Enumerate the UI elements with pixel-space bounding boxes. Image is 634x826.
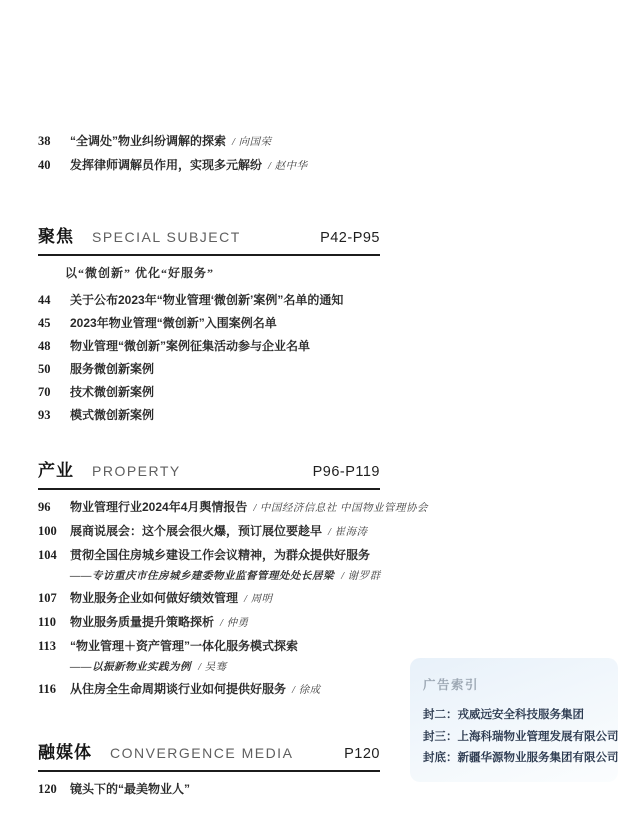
- entry-page-number: 48: [38, 335, 70, 358]
- entry-author: 周明: [244, 588, 273, 611]
- entry-title: 2023年物业管理“微创新”入围案例名单: [70, 312, 277, 335]
- entry-author: 吴骞: [198, 662, 227, 673]
- entry-page-number: 44: [38, 289, 70, 312]
- section-title-cn: 产业: [38, 456, 74, 481]
- entry-author: 仲勇: [220, 612, 249, 635]
- toc-entry: 96 物业管理行业2024年4月舆情报告 中国经济信息社 中国物业管理协会: [38, 496, 380, 520]
- entry-author: 赵中华: [268, 155, 308, 178]
- entry-subline-text: ——专访重庆市住房城乡建委物业监督管理处处长居梁: [70, 571, 334, 582]
- entry-page-number: 93: [38, 404, 70, 427]
- toc-entry: 100 展商说展会：这个展会很火爆，预订展位要趁早 崔海涛: [38, 520, 380, 544]
- ad-index-title: 广告索引: [423, 675, 606, 693]
- toc-entry: 44 关于公布2023年“物业管理‘微创新’案例”名单的通知: [38, 289, 380, 312]
- toc-page: 38 “全调处”物业纠纷调解的探索 向国荣 40 发挥律师调解员作用，实现多元解…: [0, 0, 634, 826]
- entry-subline: ——专访重庆市住房城乡建委物业监督管理处处长居梁 谢罗群: [38, 567, 380, 587]
- entry-author: 向国荣: [232, 131, 272, 154]
- entry-author: 徐成: [292, 679, 321, 702]
- entry-page-number: 45: [38, 312, 70, 335]
- section-header: 产业 PROPERTY P96-P119: [38, 456, 380, 481]
- section-special-subject: 聚焦 SPECIAL SUBJECT P42-P95 以“微创新” 优化“好服务…: [38, 222, 380, 427]
- section-property: 产业 PROPERTY P96-P119 96 物业管理行业2024年4月舆情报…: [38, 456, 380, 702]
- entry-page-number: 116: [38, 678, 70, 701]
- entry-title: “物业管理＋资产管理”一体化服务模式探索: [70, 635, 298, 658]
- toc-entry: 120 镜头下的“最美物业人”: [38, 778, 380, 801]
- section-page-range: P96-P119: [313, 464, 380, 480]
- section-rule: [38, 488, 380, 490]
- section-header: 融媒体 CONVERGENCE MEDIA P120: [38, 738, 380, 763]
- entry-title: 模式微创新案例: [70, 404, 154, 427]
- section-title-en: CONVERGENCE MEDIA: [110, 745, 293, 761]
- toc-entry: 45 2023年物业管理“微创新”入围案例名单: [38, 312, 380, 335]
- section-title-cn: 聚焦: [38, 222, 74, 247]
- entry-title: 物业服务质量提升策略探析: [70, 611, 214, 634]
- section-entries: 120 镜头下的“最美物业人”: [38, 778, 380, 801]
- entry-title: “全调处”物业纠纷调解的探索: [70, 130, 226, 153]
- ad-index-panel: 广告索引 封二：戎威远安全科技服务集团 封三：上海科瑞物业管理发展有限公司 封底…: [410, 658, 618, 782]
- entry-title: 技术微创新案例: [70, 381, 154, 404]
- toc-entry: 48 物业管理“微创新”案例征集活动参与企业名单: [38, 335, 380, 358]
- entry-title: 展商说展会：这个展会很火爆，预订展位要趁早: [70, 520, 322, 543]
- intro-entries: 38 “全调处”物业纠纷调解的探索 向国荣 40 发挥律师调解员作用，实现多元解…: [38, 130, 380, 178]
- toc-entry: 107 物业服务企业如何做好绩效管理 周明: [38, 587, 380, 611]
- entry-page-number: 40: [38, 154, 70, 177]
- entry-title: 从住房全生命周期谈行业如何提供好服务: [70, 678, 286, 701]
- section-page-range: P120: [344, 746, 380, 762]
- ad-index-entry: 封底：新疆华源物业服务集团有限公司: [423, 748, 606, 770]
- entry-title: 物业管理行业2024年4月舆情报告: [70, 496, 247, 519]
- toc-entry: 110 物业服务质量提升策略探析 仲勇: [38, 611, 380, 635]
- section-rule: [38, 254, 380, 256]
- toc-entry: 38 “全调处”物业纠纷调解的探索 向国荣: [38, 130, 380, 154]
- entry-title: 发挥律师调解员作用，实现多元解纷: [70, 154, 262, 177]
- entry-author: 崔海涛: [328, 521, 368, 544]
- section-title-en: SPECIAL SUBJECT: [92, 229, 241, 245]
- entry-title: 物业服务企业如何做好绩效管理: [70, 587, 238, 610]
- entry-author: 中国经济信息社 中国物业管理协会: [253, 497, 428, 520]
- section-entries: 96 物业管理行业2024年4月舆情报告 中国经济信息社 中国物业管理协会 10…: [38, 496, 380, 702]
- toc-entry: 104 贯彻全国住房城乡建设工作会议精神，为群众提供好服务: [38, 544, 380, 567]
- toc-entry: 116 从住房全生命周期谈行业如何提供好服务 徐成: [38, 678, 380, 702]
- section-rule: [38, 770, 380, 772]
- entry-page-number: 104: [38, 544, 70, 567]
- entry-title: 服务微创新案例: [70, 358, 154, 381]
- section-convergence-media: 融媒体 CONVERGENCE MEDIA P120 120 镜头下的“最美物业…: [38, 738, 380, 801]
- section-page-range: P42-P95: [320, 230, 380, 246]
- toc-entry: 40 发挥律师调解员作用，实现多元解纷 赵中华: [38, 154, 380, 178]
- entry-page-number: 120: [38, 778, 70, 801]
- entry-page-number: 100: [38, 520, 70, 543]
- entry-title: 关于公布2023年“物业管理‘微创新’案例”名单的通知: [70, 289, 343, 312]
- entry-title: 贯彻全国住房城乡建设工作会议精神，为群众提供好服务: [70, 544, 370, 567]
- entry-page-number: 70: [38, 381, 70, 404]
- toc-entry: 113 “物业管理＋资产管理”一体化服务模式探索: [38, 635, 380, 658]
- toc-entry: 70 技术微创新案例: [38, 381, 380, 404]
- entry-page-number: 113: [38, 635, 70, 658]
- entry-page-number: 107: [38, 587, 70, 610]
- section-title-cn: 融媒体: [38, 738, 92, 763]
- ad-index-list: 封二：戎威远安全科技服务集团 封三：上海科瑞物业管理发展有限公司 封底：新疆华源…: [423, 705, 606, 770]
- entry-title: 镜头下的“最美物业人”: [70, 778, 190, 801]
- section-entries: 44 关于公布2023年“物业管理‘微创新’案例”名单的通知 45 2023年物…: [38, 289, 380, 427]
- section-title-en: PROPERTY: [92, 463, 181, 479]
- entry-subline: ——以振新物业实践为例 吴骞: [38, 658, 380, 678]
- entry-page-number: 96: [38, 496, 70, 519]
- entry-author: 谢罗群: [341, 571, 381, 582]
- entry-title: 物业管理“微创新”案例征集活动参与企业名单: [70, 335, 310, 358]
- toc-entry: 50 服务微创新案例: [38, 358, 380, 381]
- entry-page-number: 50: [38, 358, 70, 381]
- ad-index-entry: 封三：上海科瑞物业管理发展有限公司: [423, 727, 606, 749]
- entry-page-number: 110: [38, 611, 70, 634]
- entry-page-number: 38: [38, 130, 70, 153]
- section-header: 聚焦 SPECIAL SUBJECT P42-P95: [38, 222, 380, 247]
- entry-subline-text: ——以振新物业实践为例: [70, 662, 191, 673]
- ad-index-entry: 封二：戎威远安全科技服务集团: [423, 705, 606, 727]
- toc-entry: 93 模式微创新案例: [38, 404, 380, 427]
- section-subtitle: 以“微创新” 优化“好服务”: [65, 264, 380, 281]
